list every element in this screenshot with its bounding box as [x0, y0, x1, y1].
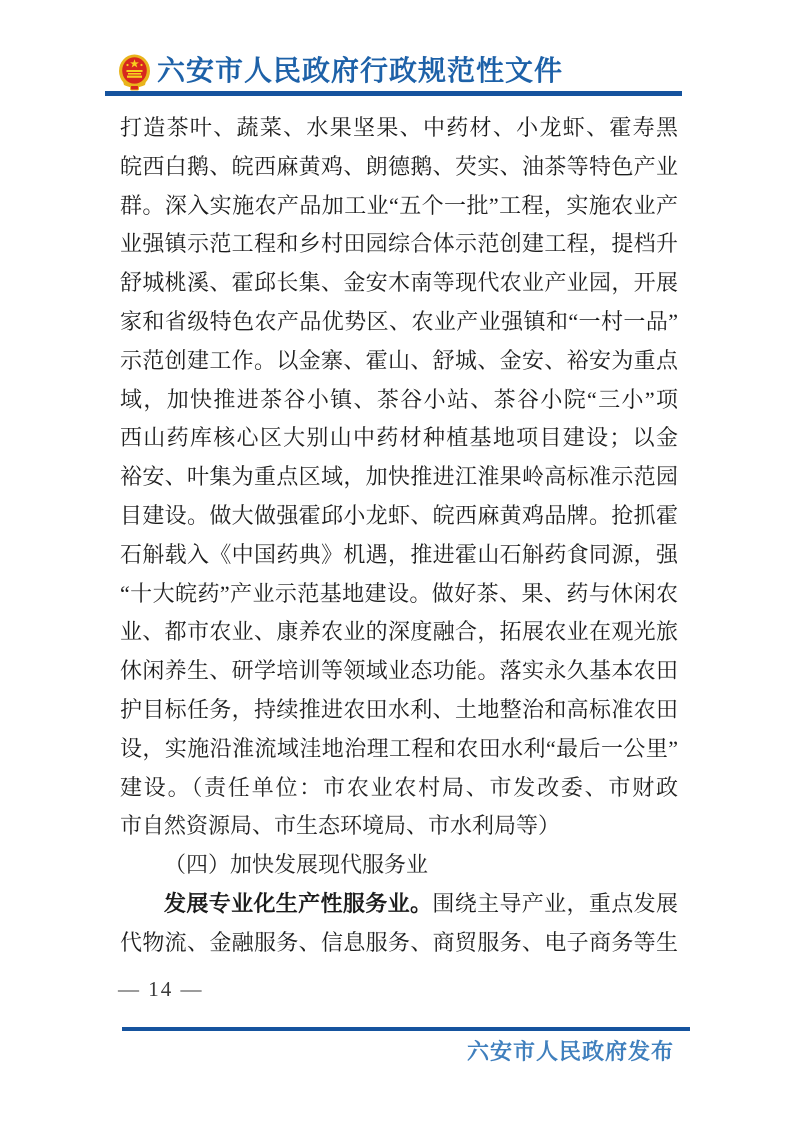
- body-line: 石斛载入《中国药典》机遇，推进霍山石斛药食同源，强化: [120, 536, 678, 575]
- body-line: 建设。（责任单位：市农业农村局、市发改委、市财政局、: [120, 769, 678, 808]
- body-line: 护目标任务，持续推进农田水利、土地整治和高标准农田建: [120, 691, 678, 730]
- body-line: 休闲养生、研学培训等领域业态功能。落实永久基本农田保: [120, 652, 678, 691]
- header-divider-rule: [105, 91, 682, 96]
- publisher-label: 六安市人民政府发布: [122, 1035, 674, 1066]
- responsible-unit-text: （责任单位：市农业农村局、市发改委、市财政局、: [120, 775, 678, 808]
- document-header: 六安市人民政府行政规范性文件: [105, 48, 685, 96]
- body-line: 群。深入实施农产品加工业“五个一批”工程，实施农业产: [120, 187, 678, 226]
- body-line: “十大皖药”产业示范基地建设。做好茶、果、药与休闲农: [120, 575, 678, 614]
- body-text-segment: 建设。: [120, 775, 191, 800]
- section-heading: （四）加快发展现代服务业: [120, 846, 678, 885]
- body-line: 家和省级特色农产品优势区、农业产业强镇和“一村一品”: [120, 303, 678, 342]
- body-line: 业强镇示范工程和乡村田园综合体示范创建工程，提档升级: [120, 225, 678, 264]
- paragraph-lead-bold: 发展专业化生产性服务业。: [164, 891, 432, 916]
- body-line: 示范创建工作。以金寨、霍山、舒城、金安、裕安为重点区: [120, 342, 678, 381]
- document-body: 打造茶叶、蔬菜、水果坚果、中药材、小龙虾、霍寿黑猪、 皖西白鹅、皖西麻黄鸡、朗德…: [120, 109, 678, 963]
- footer-divider-rule: [122, 1027, 690, 1031]
- page-number: — 14 —: [118, 977, 204, 1002]
- body-line: 裕安、叶集为重点区域，加快推进江淮果岭高标准示范园项: [120, 458, 678, 497]
- body-line: 西山药库核心区大别山中药材种植基地项目建设；以金安、: [120, 419, 678, 458]
- body-line: 业、都市农业、康养农业的深度融合，拓展农业在观光旅游、: [120, 613, 678, 652]
- body-line: 目建设。做大做强霍邱小龙虾、皖西麻黄鸡品牌。抢抓霍山: [120, 497, 678, 536]
- body-line: 发展专业化生产性服务业。围绕主导产业，重点发展现: [120, 885, 678, 924]
- body-line: 设，实施沿淮流域洼地治理工程和农田水利“最后一公里”: [120, 730, 678, 769]
- document-type-title: 六安市人民政府行政规范性文件: [157, 52, 563, 90]
- body-line: 打造茶叶、蔬菜、水果坚果、中药材、小龙虾、霍寿黑猪、: [120, 109, 678, 148]
- body-line: 代物流、金融服务、信息服务、商贸服务、电子商务等生产: [120, 924, 678, 963]
- national-emblem-icon: [118, 54, 151, 92]
- body-line: 域，加快推进茶谷小镇、茶谷小站、茶谷小院“三小”项目、: [120, 381, 678, 420]
- document-page: 六安市人民政府行政规范性文件 打造茶叶、蔬菜、水果坚果、中药材、小龙虾、霍寿黑猪…: [0, 0, 793, 1122]
- body-line: 皖西白鹅、皖西麻黄鸡、朗德鹅、芡实、油茶等特色产业集: [120, 148, 678, 187]
- body-line: 舒城桃溪、霍邱长集、金安木南等现代农业产业园，开展国: [120, 264, 678, 303]
- responsible-unit-text: 市自然资源局、市生态环境局、市水利局等）: [120, 807, 678, 846]
